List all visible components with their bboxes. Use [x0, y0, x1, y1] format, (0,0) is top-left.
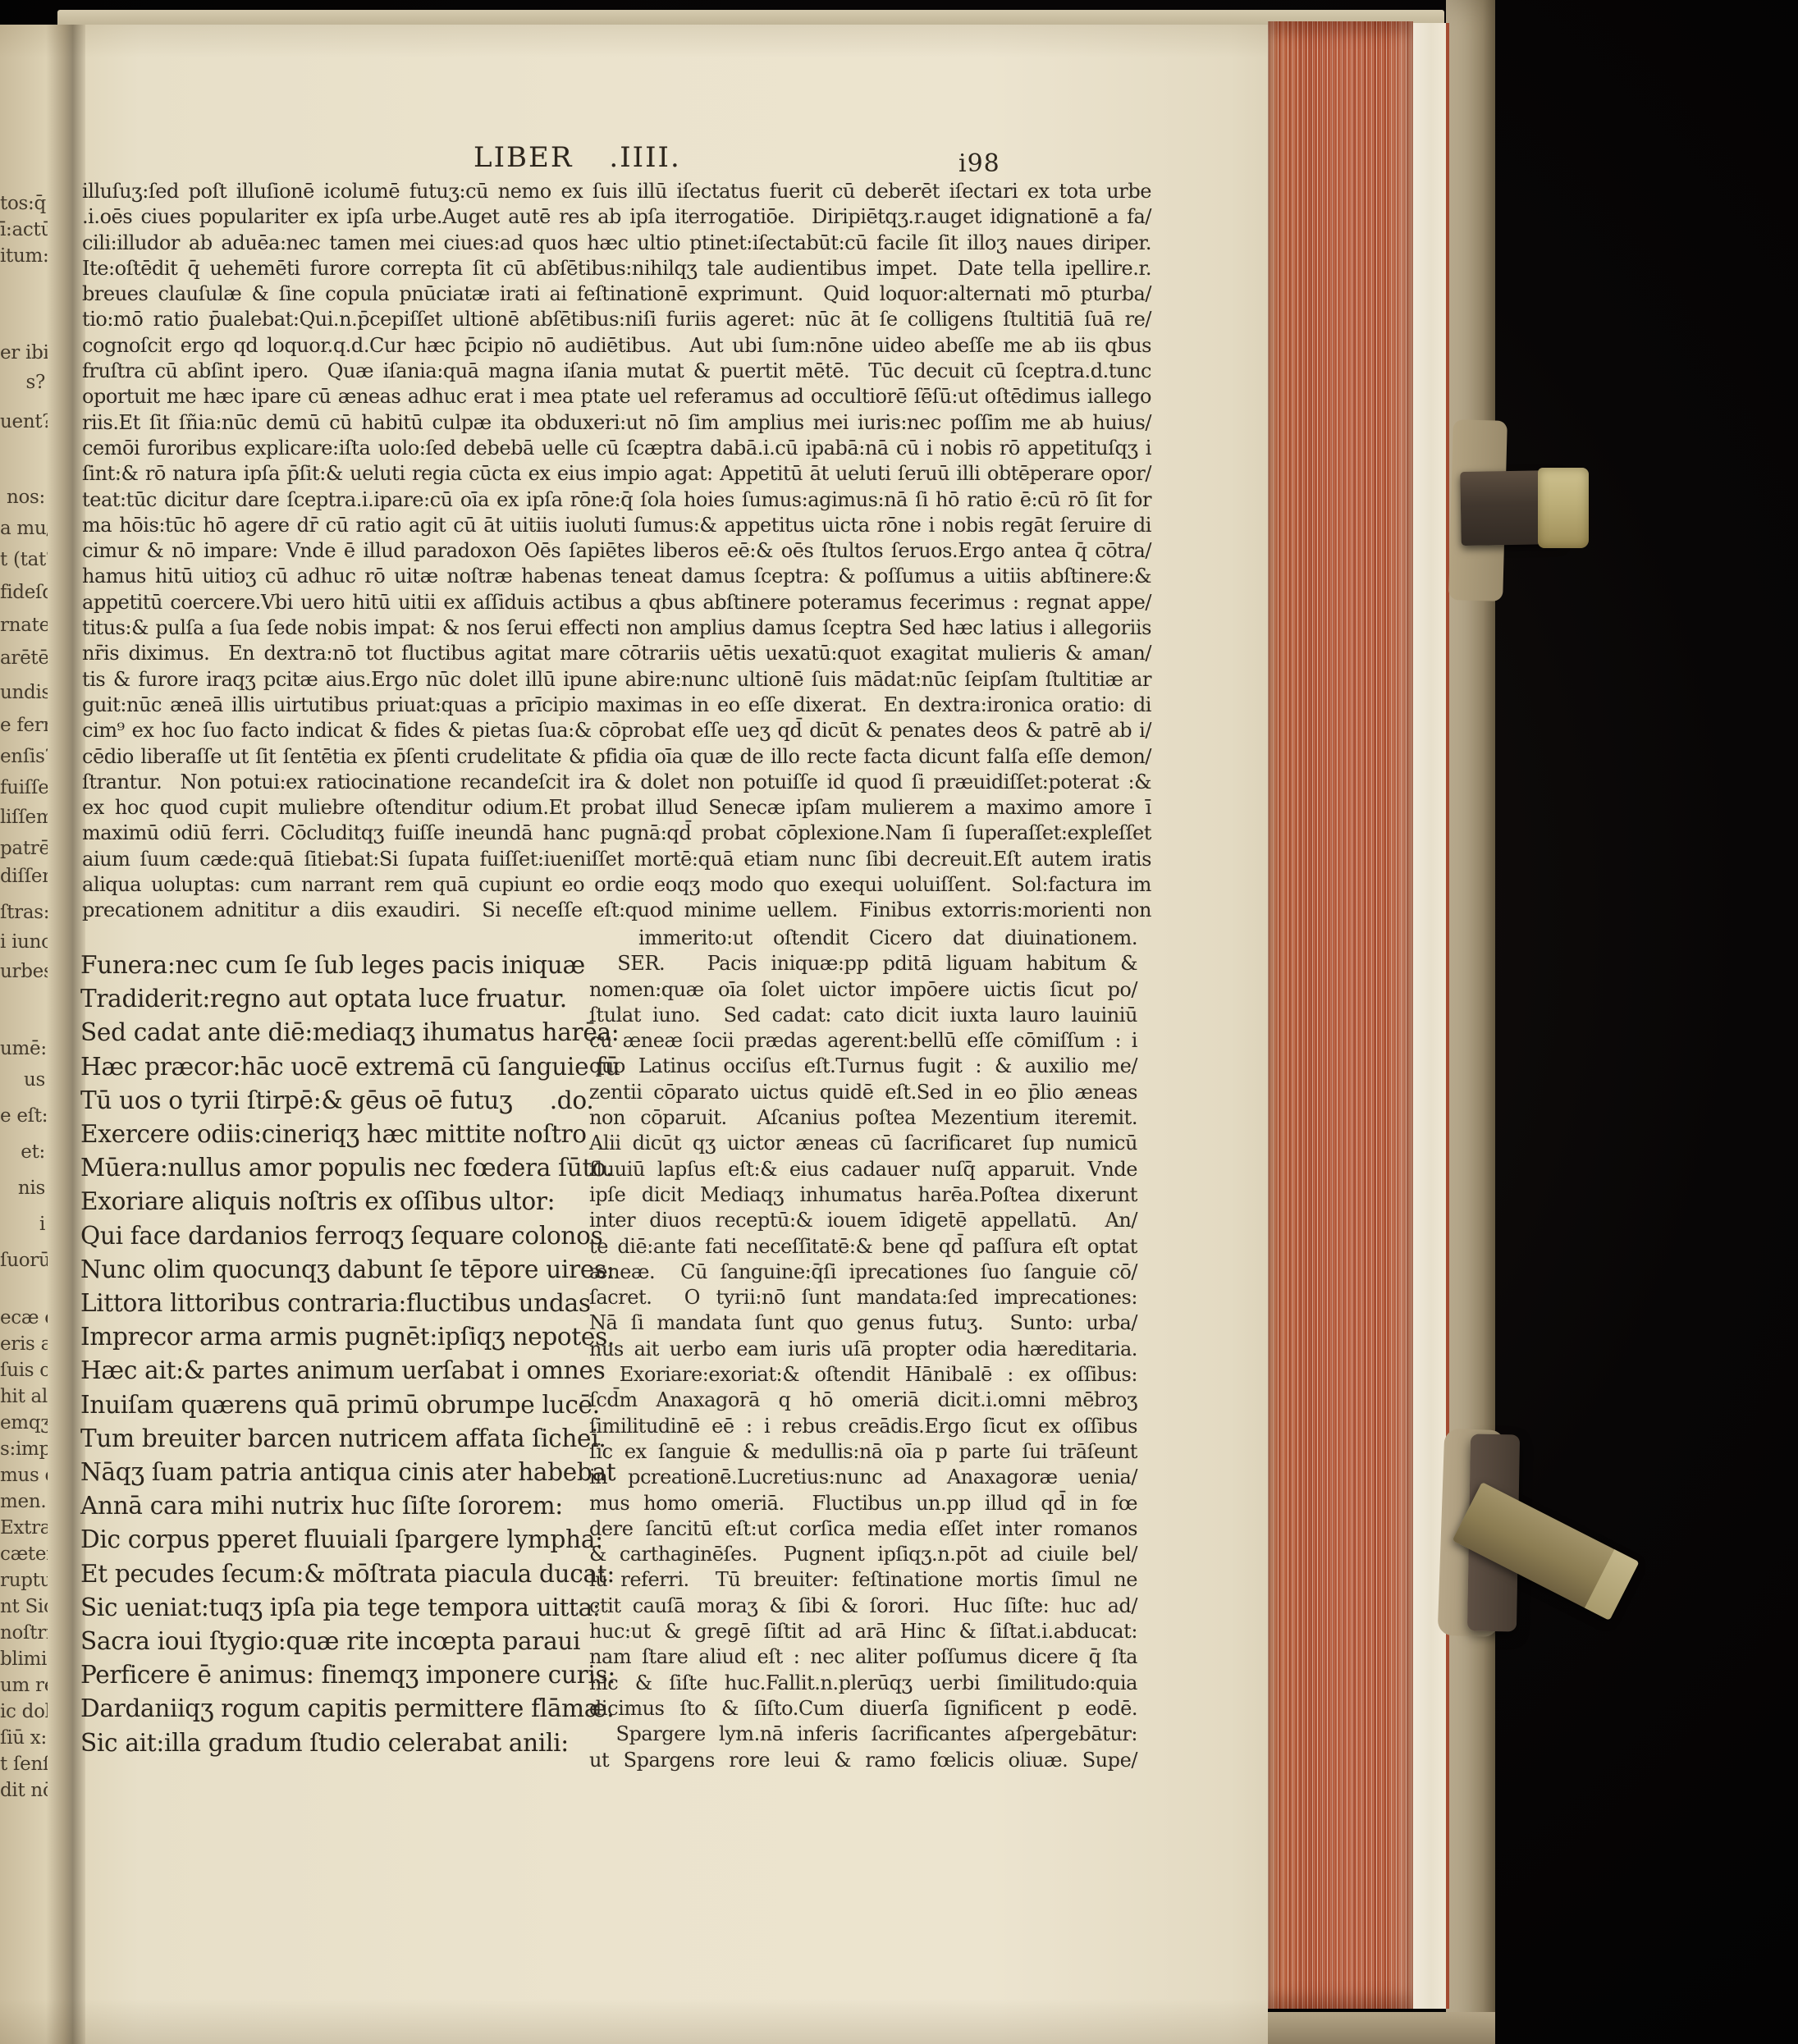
commentary-line: SER. Pacis iniquæ:pp pditā liguam habitu… — [589, 951, 1137, 976]
facing-page-line-fragment: fideſqʒ — [0, 582, 48, 603]
book-photo: tos:q̄ī:actūitum:er ibits?uent?nos:a mu/… — [0, 0, 1798, 2044]
servius-commentary-column: immerito:ut oſtendit Cicero dat diuinati… — [589, 926, 1137, 1773]
commentary-line: .i.oēs ciues populariter ex ipſa urbe.Au… — [82, 204, 1151, 230]
verse-line: Hæc præcor:hāc uocē extremā cū ſanguie f… — [80, 1050, 588, 1084]
commentary-line: quo Latinus occiſus eſt.Turnus fugit : &… — [589, 1054, 1137, 1079]
verse-line: Dardaniiqʒ rogum capitis permittere flām… — [80, 1692, 588, 1726]
facing-page-line-fragment: ſuorū — [0, 1250, 48, 1271]
facing-page-line-fragment: e ferro — [0, 715, 48, 736]
commentary-carryover-line: immerito:ut oſtendit Cicero dat diuinati… — [589, 926, 1137, 951]
facing-page-line-fragment: fuiſſet — [0, 777, 48, 798]
facing-page-line-fragment: et: — [0, 1141, 48, 1163]
verse-line: Sacra ioui ſtygio:quæ rite incœpta parau… — [80, 1625, 588, 1658]
commentary-line: appetitū coercere.Vbi uero hitū uitii ex… — [82, 590, 1151, 615]
commentary-line: breues clauſulæ & ſine copula pnūciatæ i… — [82, 281, 1151, 307]
top-commentary-block: illuſuʒ:ſed poſt illuſionē icolumē futuʒ… — [82, 179, 1151, 924]
commentary-line: ſcd̄m Anaxagorā q hō omeriā dicit.i.omni… — [589, 1388, 1137, 1413]
verse-line: Mūera:nullus amor populis nec fœdera ſūt… — [80, 1151, 588, 1185]
commentary-line: mus homo omeriā. Fluctibus un.pp illud q… — [589, 1491, 1137, 1516]
facing-page-line-fragment: dit nō ſolū — [0, 1780, 48, 1801]
upper-clasp-horn-tip — [1538, 468, 1589, 548]
verse-line: Et pecudes ſecum:& mōſtrata piacula duca… — [80, 1557, 588, 1591]
commentary-line: zentii cōparato uictus quidē eſt.Sed in … — [589, 1080, 1137, 1105]
facing-page-line-fragment: noſtris il/ — [0, 1622, 48, 1644]
verse-column: Funera:nec cum ſe ſub leges pacis iniquæ… — [80, 949, 588, 1760]
header-title: LIBER — [474, 141, 573, 174]
commentary-line: Nā ſi mandata ſunt quo genus futuʒ. Sunt… — [589, 1310, 1137, 1336]
facing-page-line-fragment: enſis? — [0, 746, 48, 767]
commentary-line: cēdio liberaſſe ut ſit ſentētia ex p̄ſen… — [82, 744, 1151, 770]
facing-page-line-fragment: ecæ enim — [0, 1307, 48, 1328]
commentary-line: aium ſuum cæde:quā ſitiebat:Si ſupata fu… — [82, 847, 1151, 872]
commentary-line: fluuiū lapſus eſt:& eius cadauer nuſq̄ a… — [589, 1157, 1137, 1182]
commentary-line: maximū odiū ferri. Cōcluditqʒ fuiſſe ine… — [82, 821, 1151, 846]
verse-line: Tum breuiter barcen nutricem affata ſich… — [80, 1422, 588, 1456]
verse-line: Annā cara mihi nutrix huc ſiſte ſororem: — [80, 1489, 588, 1523]
facing-page-strip: tos:q̄ī:actūitum:er ibits?uent?nos:a mu/… — [0, 25, 48, 2044]
facing-page-line-fragment: rnates: — [0, 615, 48, 636]
facing-page-line-fragment: urbes: — [0, 961, 48, 982]
facing-page-line-fragment: uent? — [0, 411, 48, 432]
facing-page-line-fragment: nos: — [0, 487, 48, 508]
facing-page-line-fragment: patrēqʒ — [0, 838, 48, 859]
facing-page-line-fragment: nt Sic Iu/ — [0, 1596, 48, 1617]
facing-page-line-fragment: ſuis ortū — [0, 1360, 48, 1381]
commentary-line: non cōparuit. Aſcanius poſtea Mezentium … — [589, 1105, 1137, 1131]
verse-line: Inuiſam quærens quā primū obrumpe lucē. — [80, 1388, 588, 1422]
verse-line: Nunc olim quocunqʒ dabunt ſe tēpore uire… — [80, 1253, 588, 1287]
lower-clasp-strap-tip — [1585, 1549, 1640, 1621]
facing-page-line-fragment: e eſt: — [0, 1105, 48, 1127]
commentary-line: dicimus ſto & ſiſto.Cum diuerſa ſignific… — [589, 1696, 1137, 1722]
commentary-line: & carthaginēſes. Pugnent ipſiqʒ.n.pōt ad… — [589, 1542, 1137, 1567]
book-page: tos:q̄ī:actūitum:er ibits?uent?nos:a mu/… — [0, 25, 1268, 2044]
commentary-line: ſtrantur. Non potui:ex ratiocinatione re… — [82, 770, 1151, 795]
facing-page-line-fragment: ic dolet qd̄ — [0, 1701, 48, 1722]
commentary-line: tis & furore iraqʒ pcitæ aius.Ergo nūc d… — [82, 667, 1151, 693]
commentary-line: ut Spargens rore leui & ramo fœlicis oli… — [589, 1748, 1137, 1773]
commentary-line: huc:ut & gregē ſiſtit ad arā Hinc & ſiſt… — [589, 1619, 1137, 1644]
facing-page-line-fragment: i — [0, 1214, 48, 1235]
verse-line: Sic ueniat:tuqʒ ipſa pia tege tempora ui… — [80, 1591, 588, 1625]
commentary-line: in pcreationē.Lucretius:nunc ad Anaxagor… — [589, 1465, 1137, 1490]
commentary-line: cimur & nō impare: Vnde ē illud paradoxo… — [82, 538, 1151, 564]
verse-line: Littora littoribus contraria:fluctibus u… — [80, 1287, 588, 1320]
commentary-line: cemōi furoribus explicare:iſta uolo:ſed … — [82, 436, 1151, 461]
verse-line: Nāqʒ ſuam patria antiqua cinis ater habe… — [80, 1456, 588, 1489]
facing-page-line-fragment: ruptum: — [0, 1570, 48, 1591]
commentary-line: æneæ. Cū ſanguine:q̄ſi iprecationes ſuo … — [589, 1260, 1137, 1285]
facing-page-line-fragment: us — [0, 1069, 48, 1091]
commentary-line: inter diuos receptū:& iouem īdigetē appe… — [589, 1208, 1137, 1233]
facing-page-line-fragment: Extra ſu/ — [0, 1517, 48, 1539]
commentary-line: ſic ex ſanguie & medullis:nā oīa p parte… — [589, 1439, 1137, 1465]
commentary-line: precationem adnititur a diis exaudiri. S… — [82, 898, 1151, 923]
facing-page-line-fragment: er ibit — [0, 342, 48, 364]
commentary-line: Spargere lym.nā inferis ſacrificantes aſ… — [589, 1722, 1137, 1747]
commentary-line: ſacret. O tyrii:nō ſunt mandata:ſed impr… — [589, 1285, 1137, 1310]
commentary-line: nus ait uerbo eam iuris uſā propter odia… — [589, 1337, 1137, 1362]
facing-page-line-fragment: ſiū x:Dolet — [0, 1727, 48, 1749]
facing-page-line-fragment: eris auer — [0, 1333, 48, 1355]
facing-page-line-fragment: emqʒ ali/ — [0, 1412, 48, 1434]
gutter-fold-shadow — [46, 25, 85, 2044]
commentary-line: cim⁹ ex hoc ſuo facto indicat & fides & … — [82, 718, 1151, 743]
parchment-cover-edge — [1446, 0, 1495, 2044]
commentary-line: tio:mō ratio p̄ualebat:Qui.n.p̄cepiſſet … — [82, 307, 1151, 332]
commentary-line: hamus hitū uitioʒ cū adhuc rō uitæ noſtr… — [82, 564, 1151, 589]
commentary-line: cū æneæ ſocii prædas agerent:bellū eſſe … — [589, 1028, 1137, 1054]
commentary-line: cognoſcit ergo qd loquor.q.d.Cur hæc p̄c… — [82, 333, 1151, 359]
facing-page-line-fragment: um regna/ — [0, 1675, 48, 1696]
verse-line: Sic ait:illa gradum ſtudio celerabat ani… — [80, 1726, 588, 1760]
facing-page-line-fragment: tos:q̄ — [0, 193, 48, 214]
facing-page-line-fragment: blimi gra/ — [0, 1648, 48, 1670]
commentary-line: cili:illudor ab aduēa:nec tamen mei ciue… — [82, 231, 1151, 256]
facing-page-line-fragment: s:impræ/ — [0, 1438, 48, 1460]
red-stained-fore-edge — [1268, 21, 1413, 2009]
servius-commentary-lines: SER. Pacis iniquæ:pp pditā liguam habitu… — [589, 951, 1137, 1773]
verse-line: Sed cadat ante diē:mediaqʒ ihumatus harē… — [80, 1016, 588, 1049]
commentary-line: lū referri. Tū breuiter: feſtinatione mo… — [589, 1567, 1137, 1593]
commentary-line: ex hoc quod cupit muliebre oſtenditur od… — [82, 795, 1151, 821]
verse-line: Exercere odiis:cineriqʒ hæc mittite noſt… — [80, 1118, 588, 1151]
commentary-line: oportuit me hæc ipare cū æneas adhuc era… — [82, 384, 1151, 409]
commentary-line: ipſe dicit Mediaqʒ inhumatus harēa.Poſte… — [589, 1182, 1137, 1208]
facing-page-line-fragment: arētē. — [0, 647, 48, 669]
commentary-line: fruſtra cū abſint ipero. Quæ iſania:quā … — [82, 359, 1151, 384]
facing-page-line-fragment: t ſenſus iſte — [0, 1754, 48, 1775]
facing-page-line-fragment: ſtras: — [0, 902, 48, 923]
commentary-line: guit:nūc æneā illis uirtutibus priuat:qu… — [82, 693, 1151, 718]
facing-page-line-fragment: undis — [0, 682, 48, 703]
commentary-line: teat:tūc dicitur dare ſceptra.i.ipare:cū… — [82, 487, 1151, 513]
verse-line: Qui face dardanios ferroqʒ ſequare colon… — [80, 1219, 588, 1253]
commentary-line: Alii dicūt qʒ uictor æneas cū ſacrificar… — [589, 1131, 1137, 1156]
commentary-line: illuſuʒ:ſed poſt illuſionē icolumē futuʒ… — [82, 179, 1151, 204]
facing-page-line-fragment: liſſem: — [0, 807, 48, 828]
verse-line: Hæc ait:& partes animum uerſabat i omnes — [80, 1354, 588, 1388]
facing-page-line-fragment: hit alas:& — [0, 1386, 48, 1407]
verse-line: Funera:nec cum ſe ſub leges pacis iniquæ — [80, 949, 588, 982]
facing-page-line-fragment: ī:actū — [0, 219, 48, 240]
commentary-line: ſint:& rō natura ipſa p̄ſit:& ueluti reg… — [82, 461, 1151, 487]
commentary-line: te diē:ante fati neceſſitatē:& bene qd̄ … — [589, 1234, 1137, 1260]
commentary-line: dere ſancitū eſt:ut corſica media eſſet … — [589, 1516, 1137, 1542]
commentary-line: ctit cauſā moraʒ & ſibi & ſorori. Huc ſi… — [589, 1594, 1137, 1619]
verse-line: Tū uos o tyrii ſtirpē:& gēus oē futuʒ .d… — [80, 1084, 588, 1118]
facing-page-line-fragment: cæterū. — [0, 1543, 48, 1565]
commentary-line: nr̄is diximus. En dextra:nō tot fluctibu… — [82, 641, 1151, 666]
verse-line: Tradiderit:regno aut optata luce fruatur… — [80, 982, 588, 1016]
verse-line: Exoriare aliquis noſtris ex oſſibus ulto… — [80, 1185, 588, 1219]
commentary-line: titus:& pulſa a ſua ſede nobis impat: & … — [82, 615, 1151, 641]
verse-line: Imprecor arma armis pugnēt:ipſiqʒ nepote… — [80, 1320, 588, 1354]
verse-line: Perficere ē animus: finemqʒ imponere cur… — [80, 1658, 588, 1692]
facing-page-line-fragment: t (tat? — [0, 549, 48, 570]
facing-page-line-fragment: s? — [0, 372, 48, 393]
page-number: i98 — [958, 149, 1000, 178]
commentary-line: nomen:quæ oīa ſolet uictor impōere uicti… — [589, 977, 1137, 1003]
commentary-line: ma hōis:tūc hō agere dr̄ cū ratio agit c… — [82, 513, 1151, 538]
running-header: LIBER .IIII. — [474, 141, 681, 174]
verse-line: Dic corpus pperet fluuiali ſpargere lymp… — [80, 1523, 588, 1557]
page-block-white-strip — [1413, 23, 1449, 2009]
commentary-line: Ite:oſtēdit q̄ uehemēti furore correpta … — [82, 256, 1151, 281]
facing-page-line-fragment: i iuno — [0, 931, 48, 953]
commentary-line: Exoriare:exoriat:& oſtendit Hānibalē : e… — [589, 1362, 1137, 1388]
facing-page-line-fragment: umē: — [0, 1038, 48, 1059]
facing-page-line-fragment: diſſem. — [0, 866, 48, 887]
commentary-line: hic & ſiſte huc.Fallit.n.plerūqʒ uerbi ſ… — [589, 1671, 1137, 1696]
facing-page-line-fragment: men. Ter — [0, 1491, 48, 1512]
facing-page-line-fragment: itum: — [0, 245, 48, 267]
header-book-number: .IIII. — [609, 141, 680, 174]
facing-page-line-fragment: mus oris: — [0, 1465, 48, 1486]
facing-page-line-fragment: a mu/ — [0, 518, 48, 539]
commentary-line: ſtulat iuno. Sed cadat: cato dicit iuxta… — [589, 1003, 1137, 1028]
facing-page-line-fragment: nis — [0, 1177, 48, 1199]
commentary-line: riis.Et ſit ſñia:nūc demū cū habitū culp… — [82, 410, 1151, 436]
commentary-line: aliqua uoluptas: cum narrant rem quā cup… — [82, 872, 1151, 898]
commentary-line: nam ſtare aliud eſt : nec aliter poſſumu… — [589, 1644, 1137, 1670]
commentary-line: ſimilitudinē eē : i rebus creādis.Ergo ſ… — [589, 1414, 1137, 1439]
